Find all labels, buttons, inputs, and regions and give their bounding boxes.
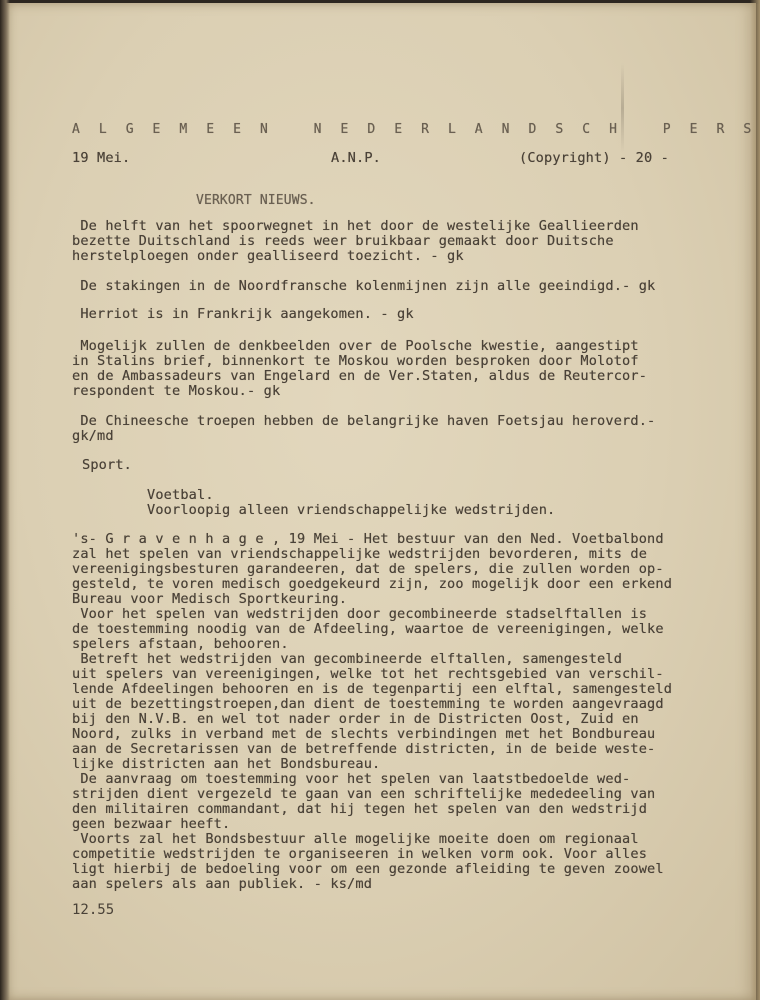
sport-body-line: aan spelers als aan publiek. - ks/md (72, 877, 372, 892)
sport-body-line: Voor het spelen van wedstrijden door gec… (72, 607, 647, 622)
news-item-line: respondent te Moskou.- gk (72, 384, 280, 399)
sport-body-line: geen bezwaar heeft. (72, 817, 230, 832)
sport-body-line: Bureau voor Medisch Sportkeuring. (72, 592, 347, 607)
agency-code: A.N.P. (331, 151, 381, 166)
sport-body-line: den militairen commandant, dat hij tegen… (72, 802, 647, 817)
sport-body-line: uit spelers van vereenigingen, welke tot… (72, 667, 664, 682)
news-item-line: in Stalins brief, binnenkort te Moskou w… (72, 354, 639, 369)
agency-name-header: A L G E M E E N N E D E R L A N D S C H … (72, 122, 760, 137)
scan-right-edge (750, 0, 760, 1000)
sport-body-line: spelers afstaan, behooren. (72, 637, 289, 652)
sport-body-line: 's- G r a v e n h a g e , 19 Mei - Het b… (72, 532, 664, 547)
sport-subheading: Voetbal. (147, 488, 214, 503)
news-item-line: gk/md (72, 429, 114, 444)
section-heading: VERKORT NIEUWS. (196, 193, 316, 208)
news-item-line: en de Ambassadeurs van Engelard en de Ve… (72, 369, 647, 384)
scan-left-edge (0, 0, 10, 1000)
sport-body-line: gesteld, te voren medisch goedgekeurd zi… (72, 577, 672, 592)
sport-body-line: uit de bezettingstroepen,dan dient de to… (72, 697, 664, 712)
sport-body-line: ligt hierbij de bedoeling voor om een ge… (72, 862, 664, 877)
document-date: 19 Mei. (72, 151, 130, 166)
news-item-line: herstelploegen onder gealliseerd toezich… (72, 249, 464, 264)
paper-crease (621, 63, 624, 153)
sport-body-line: Voorts zal het Bondsbestuur alle mogelij… (72, 832, 639, 847)
news-item-line: De helft van het spoorwegnet in het door… (72, 219, 639, 234)
news-item-line: De Chineesche troepen hebben de belangri… (72, 414, 655, 429)
copyright-page-number: (Copyright) - 20 - (519, 151, 669, 166)
sport-body-line: strijden dient vergezeld te gaan van een… (72, 787, 655, 802)
news-item-line: De stakingen in de Noordfransche kolenmi… (72, 279, 655, 294)
sport-heading: Sport. (82, 458, 132, 473)
footer-time: 12.55 (72, 902, 114, 918)
sport-body-line: aan de Secretarissen van de betreffende … (72, 742, 655, 757)
news-item-line: bezette Duitschland is reeds weer bruikb… (72, 234, 614, 249)
sport-body-line: Noord, zulks in verband met de slechts v… (72, 727, 655, 742)
news-item-line: Herriot is in Frankrijk aangekomen. - gk (72, 307, 414, 322)
sport-article-title: Voorloopig alleen vriendschappelijke wed… (147, 503, 555, 518)
news-item-line: Mogelijk zullen de denkbeelden over de P… (72, 339, 639, 354)
sport-body-line: lijke districten aan het Bondsbureau. (72, 757, 380, 772)
sport-body-line: zal het spelen van vriendschappelijke we… (72, 547, 647, 562)
sport-body-line: bij den N.V.B. en wel tot nader order in… (72, 712, 639, 727)
sport-body-line: de toestemming noodig van de Afdeeling, … (72, 622, 664, 637)
sport-body-line: competitie wedstrijden te organiseeren i… (72, 847, 647, 862)
sport-body-line: lende Afdeelingen behooren en is de tege… (72, 682, 672, 697)
sport-body-line: De aanvraag om toestemming voor het spel… (72, 772, 630, 787)
sport-body-line: Betreft het wedstrijden van gecombineerd… (72, 652, 622, 667)
sport-body-line: vereenigingsbesturen garandeeren, dat de… (72, 562, 664, 577)
